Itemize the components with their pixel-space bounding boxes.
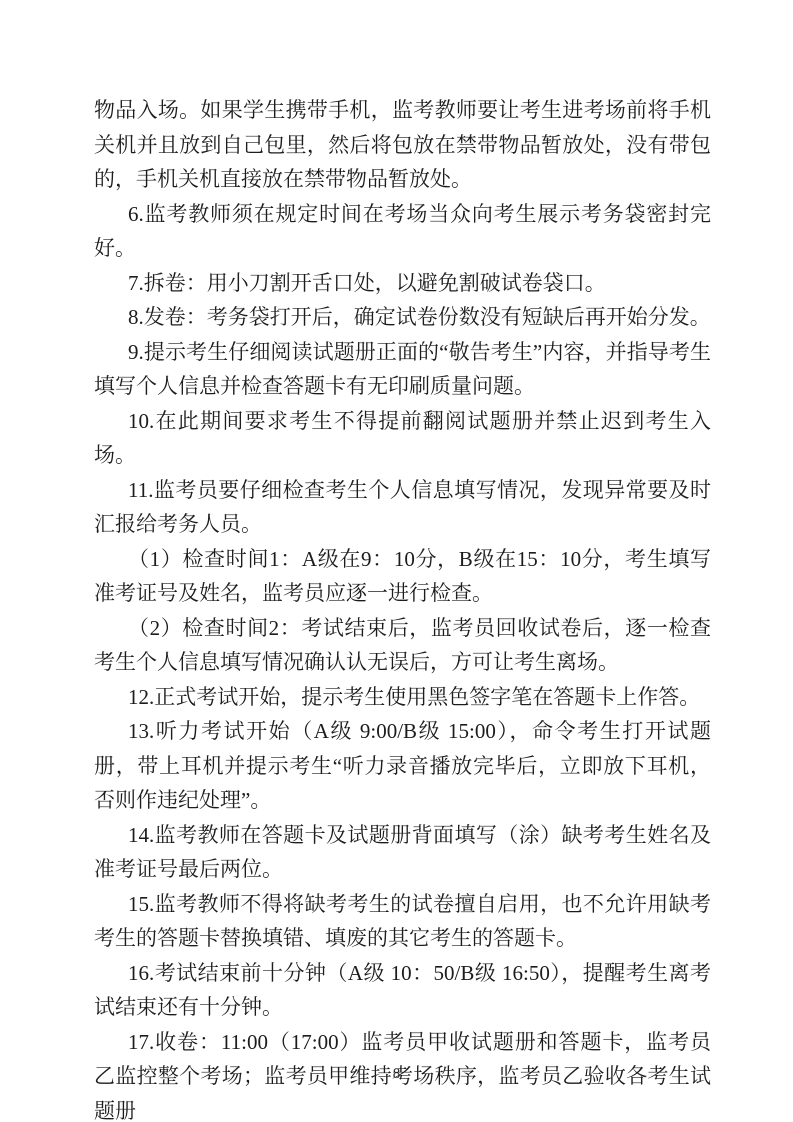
paragraph: 13.听力考试开始（A级 9:00/B级 15:00），命令考生打开试题册，带上…	[94, 714, 711, 818]
document-body: 物品入场。如果学生携带手机，监考教师要让考生进考场前将手机关机并且放到自己包里，…	[94, 93, 711, 1122]
paragraph: （1）检查时间1：A级在9：10分，B级在15：10分，考生填写准考证号及姓名，…	[94, 542, 711, 611]
paragraph: 6.监考教师须在规定时间在考场当众向考生展示考务袋密封完好。	[94, 197, 711, 266]
page-footer: 8	[0, 1064, 793, 1084]
paragraph: 8.发卷：考务袋打开后，确定试卷份数没有短缺后再开始分发。	[94, 300, 711, 335]
paragraph: （2）检查时间2：考试结束后，监考员回收试卷后，逐一检查考生个人信息填写情况确认…	[94, 611, 711, 680]
page-number: 8	[393, 1066, 401, 1082]
document-page: 物品入场。如果学生携带手机，监考教师要让考生进考场前将手机关机并且放到自己包里，…	[0, 0, 793, 1122]
paragraph: 15.监考教师不得将缺考考生的试卷擅自启用，也不允许用缺考考生的答题卡替换填错、…	[94, 887, 711, 956]
paragraph: 9.提示考生仔细阅读试题册正面的“敬告考生”内容，并指导考生填写个人信息并检查答…	[94, 335, 711, 404]
paragraph: 16.考试结束前十分钟（A级 10：50/B级 16:50），提醒考生离考试结束…	[94, 956, 711, 1025]
paragraph: 物品入场。如果学生携带手机，监考教师要让考生进考场前将手机关机并且放到自己包里，…	[94, 93, 711, 197]
paragraph: 11.监考员要仔细检查考生个人信息填写情况，发现异常要及时汇报给考务人员。	[94, 473, 711, 542]
paragraph: 12.正式考试开始，提示考生使用黑色签字笔在答题卡上作答。	[94, 680, 711, 715]
paragraph: 14.监考教师在答题卡及试题册背面填写（涂）缺考考生姓名及准考证号最后两位。	[94, 818, 711, 887]
paragraph: 10.在此期间要求考生不得提前翻阅试题册并禁止迟到考生入场。	[94, 404, 711, 473]
paragraph: 7.拆卷：用小刀割开舌口处，以避免割破试卷袋口。	[94, 266, 711, 301]
